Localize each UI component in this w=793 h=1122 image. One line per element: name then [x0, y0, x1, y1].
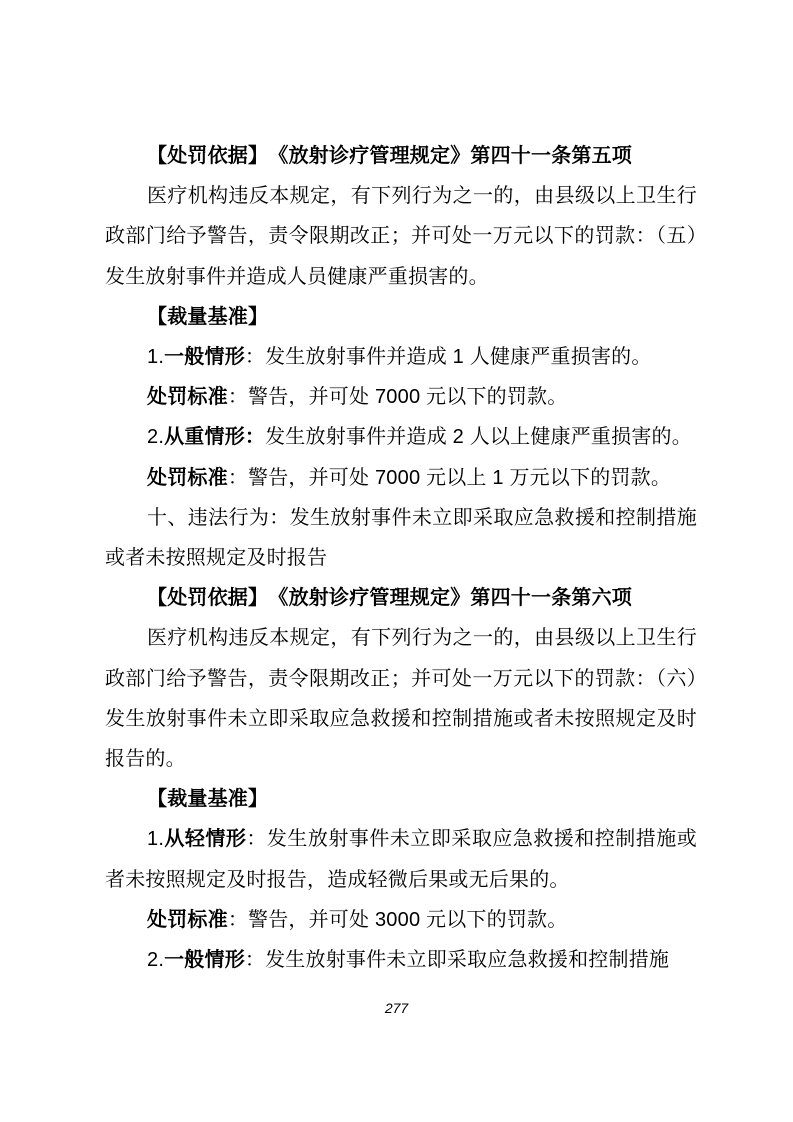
- text-segment: 医疗机构违反本规定，有下列行为之一的，由县级以上卫生行政部门给予警告，责令限期改…: [105, 627, 697, 770]
- text-segment: 2.: [147, 426, 164, 448]
- document-paragraph: 1.一般情形：发生放射事件并造成 1 人健康严重损害的。: [105, 337, 697, 377]
- document-paragraph: 【裁量基准】: [105, 297, 697, 337]
- text-segment: 一般情形: [164, 949, 245, 971]
- document-paragraph: 处罚标准：警告，并可处 7000 元以下的罚款。: [105, 377, 697, 417]
- text-segment: 从轻情形: [164, 828, 246, 850]
- text-segment: ：发生放射事件并造成 1 人健康严重损害的。: [245, 346, 652, 368]
- document-paragraph: 【裁量基准】: [105, 779, 697, 819]
- document-paragraph: 1.从轻情形：发生放射事件未立即采取应急救援和控制措施或者未按照规定及时报告，造…: [105, 819, 697, 899]
- document-paragraph: 处罚标准：警告，并可处 3000 元以下的罚款。: [105, 900, 697, 940]
- document-body: 【处罚依据】 《放射诊疗管理规定》第四十一条第五项医疗机构违反本规定，有下列行为…: [105, 136, 697, 980]
- text-segment: 【裁量基准】: [147, 788, 268, 810]
- document-paragraph: 十、违法行为：发生放射事件未立即采取应急救援和控制措施或者未按照规定及时报告: [105, 498, 697, 578]
- text-segment: 十、违法行为：发生放射事件未立即采取应急救援和控制措施或者未按照规定及时报告: [105, 507, 697, 569]
- text-segment: 一般情形: [164, 346, 245, 368]
- document-paragraph: 医疗机构违反本规定，有下列行为之一的，由县级以上卫生行政部门给予警告，责令限期改…: [105, 618, 697, 779]
- text-segment: 发生放射事件并造成 2 人以上健康严重损害的。: [265, 426, 692, 448]
- document-paragraph: 医疗机构违反本规定，有下列行为之一的，由县级以上卫生行政部门给予警告，责令限期改…: [105, 176, 697, 297]
- text-segment: 处罚标准: [147, 386, 228, 408]
- text-segment: ：发生放射事件未立即采取应急救援和控制措施: [245, 949, 669, 971]
- text-segment: ：警告，并可处 7000 元以上 1 万元以下的罚款。: [228, 467, 671, 489]
- text-segment: 处罚标准: [147, 909, 228, 931]
- document-paragraph: 2.一般情形：发生放射事件未立即采取应急救援和控制措施: [105, 940, 697, 980]
- text-segment: ：警告，并可处 3000 元以下的罚款。: [228, 909, 568, 931]
- text-segment: 2.: [147, 949, 164, 971]
- text-segment: 【处罚依据】 《放射诊疗管理规定》第四十一条第五项: [147, 145, 632, 167]
- document-paragraph: 2.从重情形：发生放射事件并造成 2 人以上健康严重损害的。: [105, 417, 697, 457]
- text-segment: 从重情形：: [164, 426, 265, 448]
- text-segment: 处罚标准: [147, 467, 228, 489]
- document-paragraph: 【处罚依据】 《放射诊疗管理规定》第四十一条第五项: [105, 136, 697, 176]
- text-segment: 1.: [147, 346, 164, 368]
- document-paragraph: 【处罚依据】 《放射诊疗管理规定》第四十一条第六项: [105, 578, 697, 618]
- document-page: 【处罚依据】 《放射诊疗管理规定》第四十一条第五项医疗机构违反本规定，有下列行为…: [0, 0, 793, 1122]
- text-segment: 1.: [147, 828, 164, 850]
- page-number: 277: [0, 1000, 793, 1016]
- text-segment: ：警告，并可处 7000 元以下的罚款。: [228, 386, 568, 408]
- text-segment: 【裁量基准】: [147, 306, 268, 328]
- document-paragraph: 处罚标准：警告，并可处 7000 元以上 1 万元以下的罚款。: [105, 458, 697, 498]
- text-segment: 医疗机构违反本规定，有下列行为之一的，由县级以上卫生行政部门给予警告，责令限期改…: [105, 185, 697, 287]
- text-segment: 【处罚依据】 《放射诊疗管理规定》第四十一条第六项: [147, 587, 632, 609]
